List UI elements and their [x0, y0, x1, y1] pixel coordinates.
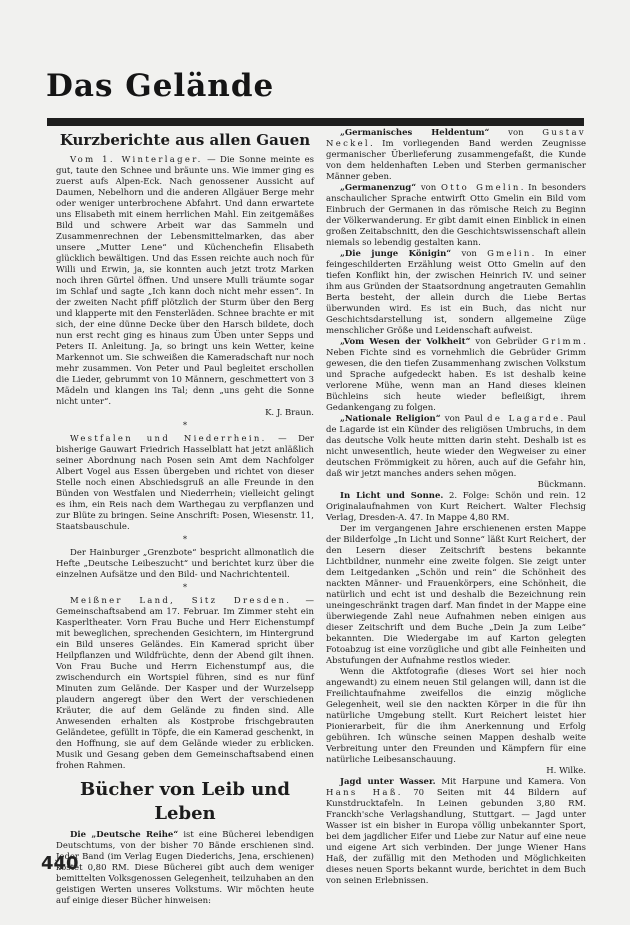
report-text: — Die Sonne meinte es gut, taute den Sch… — [56, 155, 314, 407]
review-paragraph: Wenn die Aktfotografie (dieses Wort sei … — [326, 667, 586, 777]
review-signature: Bückmann. — [326, 480, 586, 491]
right-column: „Germanisches Heldentum“ von Gustav Neck… — [326, 128, 586, 887]
report-text: — Der bisherige Gauwart Friedrich Hassel… — [56, 434, 314, 532]
review-title: Jagd unter Wasser. — [340, 777, 436, 787]
report-paragraph: Vom 1. Winterlager. — Die Sonne meinte e… — [56, 155, 314, 419]
review-author: Grimm — [542, 337, 583, 347]
book-review: „Germanenzug“ von Otto Gmelin. In besond… — [326, 183, 586, 249]
separator-asterisk: * — [56, 421, 314, 432]
review-paragraph: Der im vergangenen Jahre erschienenen er… — [326, 524, 586, 667]
separator-asterisk: * — [56, 583, 314, 594]
section-heading-books: Bücher von Leib und Leben — [56, 778, 314, 826]
report-lead: Vom 1. Winterlager. — [70, 155, 203, 165]
review-title: In Licht und Sonne. — [340, 491, 443, 501]
report-signature: K. J. Braun. — [56, 408, 314, 419]
report-text: Der Hainburger „Grenzbote“ bespricht all… — [56, 548, 314, 580]
report-lead: Meißner Land, Sitz Dresden. — [70, 596, 291, 606]
review-title: „Nationale Religion“ — [340, 414, 441, 424]
report-paragraph: Meißner Land, Sitz Dresden. — Gemeinscha… — [56, 596, 314, 772]
review-title: „Die junge Königin“ — [340, 249, 451, 259]
separator-asterisk: * — [56, 535, 314, 546]
review-author: de Lagarde — [487, 414, 560, 424]
page-title: Das Gelände — [46, 68, 274, 104]
book-review: „Die junge Königin“ von Gmelin. In einer… — [326, 249, 586, 337]
review-title: „Germanisches Heldentum“ — [340, 128, 489, 138]
review-text: Wenn die Aktfotografie (dieses Wort sei … — [326, 667, 586, 765]
page-number: 440 — [41, 853, 79, 874]
report-paragraph: Der Hainburger „Grenzbote“ bespricht all… — [56, 548, 314, 581]
title-rule — [47, 118, 584, 126]
review-author: Otto Gmelin — [441, 183, 521, 193]
review-author: Hans Haß — [326, 788, 398, 798]
review-text: . Neben Fichte sind es vornehmlich die G… — [326, 337, 586, 413]
book-review-licht: In Licht und Sonne. 2. Folge: Schön und … — [326, 491, 586, 524]
review-by: von — [451, 249, 487, 259]
review-by: von Gebrüder — [470, 337, 542, 347]
review-text: . In einer feingeschilderten Erzählung w… — [326, 249, 586, 336]
book-review: „Nationale Religion“ von Paul de Lagarde… — [326, 414, 586, 491]
left-column: Kurzberichte aus allen Gauen Vom 1. Wint… — [56, 130, 314, 907]
report-text: — Gemeinschaftsabend am 17. Februar. Im … — [56, 596, 314, 771]
review-author: Gmelin — [487, 249, 532, 259]
review-text: . 70 Seiten mit 44 Bildern auf Kunstdruc… — [326, 788, 586, 886]
section-heading-reports: Kurzberichte aus allen Gauen — [56, 130, 314, 150]
books-intro-lead: Die „Deutsche Reihe“ — [70, 830, 178, 840]
review-title: „Vom Wesen der Volkheit“ — [340, 337, 470, 347]
review-by: von — [416, 183, 441, 193]
report-paragraph: Westfalen und Niederrhein. — Der bisheri… — [56, 434, 314, 533]
books-intro: Die „Deutsche Reihe“ ist eine Bücherei l… — [56, 830, 314, 907]
review-signature: H. Wilke. — [326, 766, 586, 777]
book-review: „Vom Wesen der Volkheit“ von Gebrüder Gr… — [326, 337, 586, 414]
review-by: von Paul — [441, 414, 488, 424]
book-review-jagd: Jagd unter Wasser. Mit Harpune und Kamer… — [326, 777, 586, 887]
review-by: von — [489, 128, 542, 138]
report-lead: Westfalen und Niederrhein. — [70, 434, 267, 444]
book-review: „Germanisches Heldentum“ von Gustav Neck… — [326, 128, 586, 183]
review-text: Mit Harpune und Kamera. Von — [436, 777, 586, 787]
books-intro-text: ist eine Bücherei lebendigen Deutschtums… — [56, 830, 314, 906]
review-title: „Germanenzug“ — [340, 183, 416, 193]
